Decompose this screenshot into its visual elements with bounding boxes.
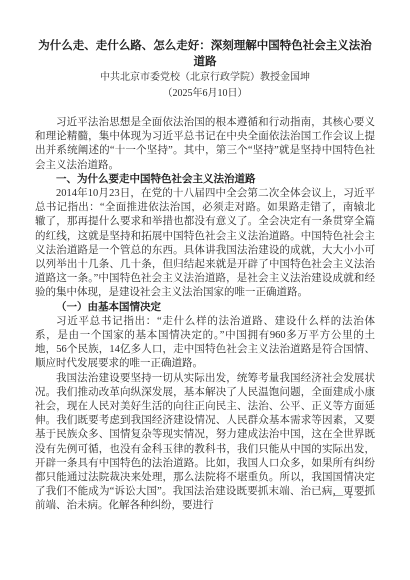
document-page: 为什么走、走什么路、怎么走好：深刻理解中国特色社会主义法治道路 中共北京市委党校… — [0, 0, 410, 580]
paragraph-quote-2014: 2014年10月23日，在党的十八届四中全会第二次全体会议上，习近平总书记指出：… — [35, 187, 375, 301]
author-line: 中共北京市委党校（北京行政学院）教授金国坤 — [35, 70, 375, 86]
document-body: 习近平法治思想是全面依法治国的根本遵循和行动指南，其核心要义和理论精髓，集中体现… — [35, 116, 375, 514]
paragraph-national-conditions: 习近平总书记指出：“走什么样的法治道路、建设什么样的法治体系，是由一个国家的基本… — [35, 315, 375, 372]
subsection-heading-1: （一）由基本国情决定 — [35, 301, 375, 315]
document-title: 为什么走、走什么路、怎么走好：深刻理解中国特色社会主义法治道路 — [35, 38, 375, 70]
paragraph-rule-of-law-practice: 我国法治建设要坚持一切从实际出发，统筹考量我国经济社会发展状况。我们推动改革向纵… — [35, 372, 375, 514]
section-heading-1: 一、为什么要走中国特色社会主义法治道路 — [35, 173, 375, 187]
date-line: （2025年6月10日） — [35, 86, 375, 102]
paragraph-intro: 习近平法治思想是全面依法治国的根本遵循和行动指南，其核心要义和理论精髓，集中体现… — [35, 116, 375, 173]
page-number: — 1 — — [333, 490, 368, 501]
